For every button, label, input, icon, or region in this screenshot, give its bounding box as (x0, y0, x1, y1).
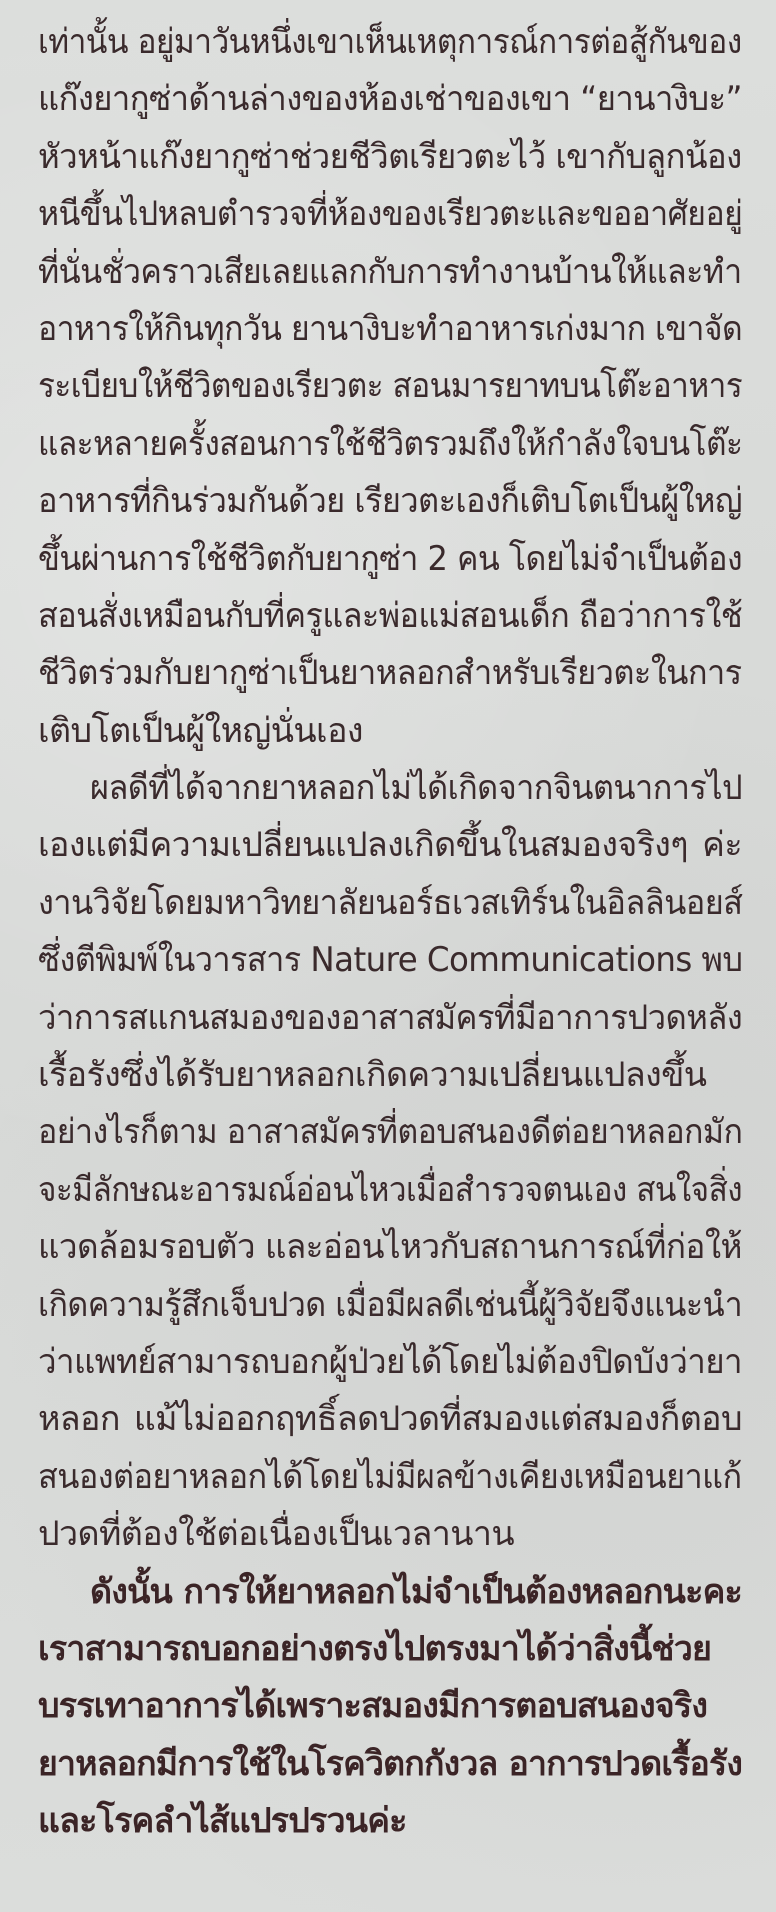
text-line: ซึ่งตีพิมพ์ในวารสาร Nature Communication… (38, 932, 742, 989)
text-line: บรรเทาอาการได้เพราะสมองมีการตอบสนองจริง (38, 1678, 742, 1735)
text-line: ยาหลอกมีการใช้ในโรควิตกกังวล อาการปวดเรื… (38, 1736, 742, 1793)
text-line: แก๊งยากูซ่าด้านล่างของห้องเช่าของเขา “ยา… (38, 71, 742, 128)
text-line: ว่าแพทย์สามารถบอกผู้ป่วยได้โดยไม่ต้องปิด… (38, 1334, 742, 1391)
text-line: งานวิจัยโดยมหาวิทยาลัยนอร์ธเวสเทิร์นในอิ… (38, 875, 742, 932)
article-column: เท่านั้น อยู่มาวันหนึ่งเขาเห็นเหตุการณ์ก… (38, 14, 742, 1851)
text-line: เองแต่มีความเปลี่ยนแปลงเกิดขึ้นในสมองจริ… (38, 817, 742, 874)
text-line: เท่านั้น อยู่มาวันหนึ่งเขาเห็นเหตุการณ์ก… (38, 14, 742, 71)
text-line: อาหารที่กินร่วมกันด้วย เรียวตะเองก็เติบโ… (38, 473, 742, 530)
text-line: ขึ้นผ่านการใช้ชีวิตกับยากูซ่า 2 คน โดยไม… (38, 531, 742, 588)
text-line: ปวดที่ต้องใช้ต่อเนื่องเป็นเวลานาน (38, 1506, 742, 1563)
text-line: ชีวิตร่วมกับยากูซ่าเป็นยาหลอกสำหรับเรียว… (38, 645, 742, 702)
paragraph-3-conclusion: ดังนั้น การให้ยาหลอกไม่จำเป็นต้องหลอกนะค… (38, 1564, 742, 1851)
text-line: ผลดีที่ได้จากยาหลอกไม่ได้เกิดจากจินตนากา… (38, 760, 742, 817)
text-line: และโรคลำไส้แปรปรวนค่ะ (38, 1793, 742, 1850)
text-line: ที่นั่นชั่วคราวเสียเลยแลกกับการทำงานบ้าน… (38, 244, 742, 301)
text-line: เราสามารถบอกอย่างตรงไปตรงมาได้ว่าสิ่งนี้… (38, 1621, 742, 1678)
paragraph-2: ผลดีที่ได้จากยาหลอกไม่ได้เกิดจากจินตนากา… (38, 760, 742, 1563)
text-line: เรื้อรังซึ่งได้รับยาหลอกเกิดความเปลี่ยนแ… (38, 1047, 742, 1104)
text-line: และหลายครั้งสอนการใช้ชีวิตรวมถึงให้กำลัง… (38, 416, 742, 473)
text-line: แวดล้อมรอบตัว และอ่อนไหวกับสถานการณ์ที่ก… (38, 1219, 742, 1276)
text-line: อย่างไรก็ตาม อาสาสมัครที่ตอบสนองดีต่อยาห… (38, 1104, 742, 1161)
text-line: เติบโตเป็นผู้ใหญ่นั่นเอง (38, 703, 742, 760)
text-line: หลอก แม้ไม่ออกฤทธิ์ลดปวดที่สมองแต่สมองก็… (38, 1391, 742, 1448)
text-line: ระเบียบให้ชีวิตของเรียวตะ สอนมารยาทบนโต๊… (38, 358, 742, 415)
text-line: อาหารให้กินทุกวัน ยานางิบะทำอาหารเก่งมาก… (38, 301, 742, 358)
text-line: หนีขึ้นไปหลบตำรวจที่ห้องของเรียวตะและขออ… (38, 186, 742, 243)
text-line: สอนสั่งเหมือนกับที่ครูและพ่อแม่สอนเด็ก ถ… (38, 588, 742, 645)
text-line: ว่าการสแกนสมองของอาสาสมัครที่มีอาการปวดห… (38, 990, 742, 1047)
text-line: เกิดความรู้สึกเจ็บปวด เมื่อมีผลดีเช่นนี้… (38, 1277, 742, 1334)
paragraph-1: เท่านั้น อยู่มาวันหนึ่งเขาเห็นเหตุการณ์ก… (38, 14, 742, 760)
text-line: หัวหน้าแก๊งยากูซ่าช่วยชีวิตเรียวตะไว้ เข… (38, 129, 742, 186)
text-line: ดังนั้น การให้ยาหลอกไม่จำเป็นต้องหลอกนะค… (38, 1564, 742, 1621)
text-line: สนองต่อยาหลอกได้โดยไม่มีผลข้างเคียงเหมือ… (38, 1449, 742, 1506)
text-line: จะมีลักษณะอารมณ์อ่อนไหวเมื่อสำรวจตนเอง ส… (38, 1162, 742, 1219)
